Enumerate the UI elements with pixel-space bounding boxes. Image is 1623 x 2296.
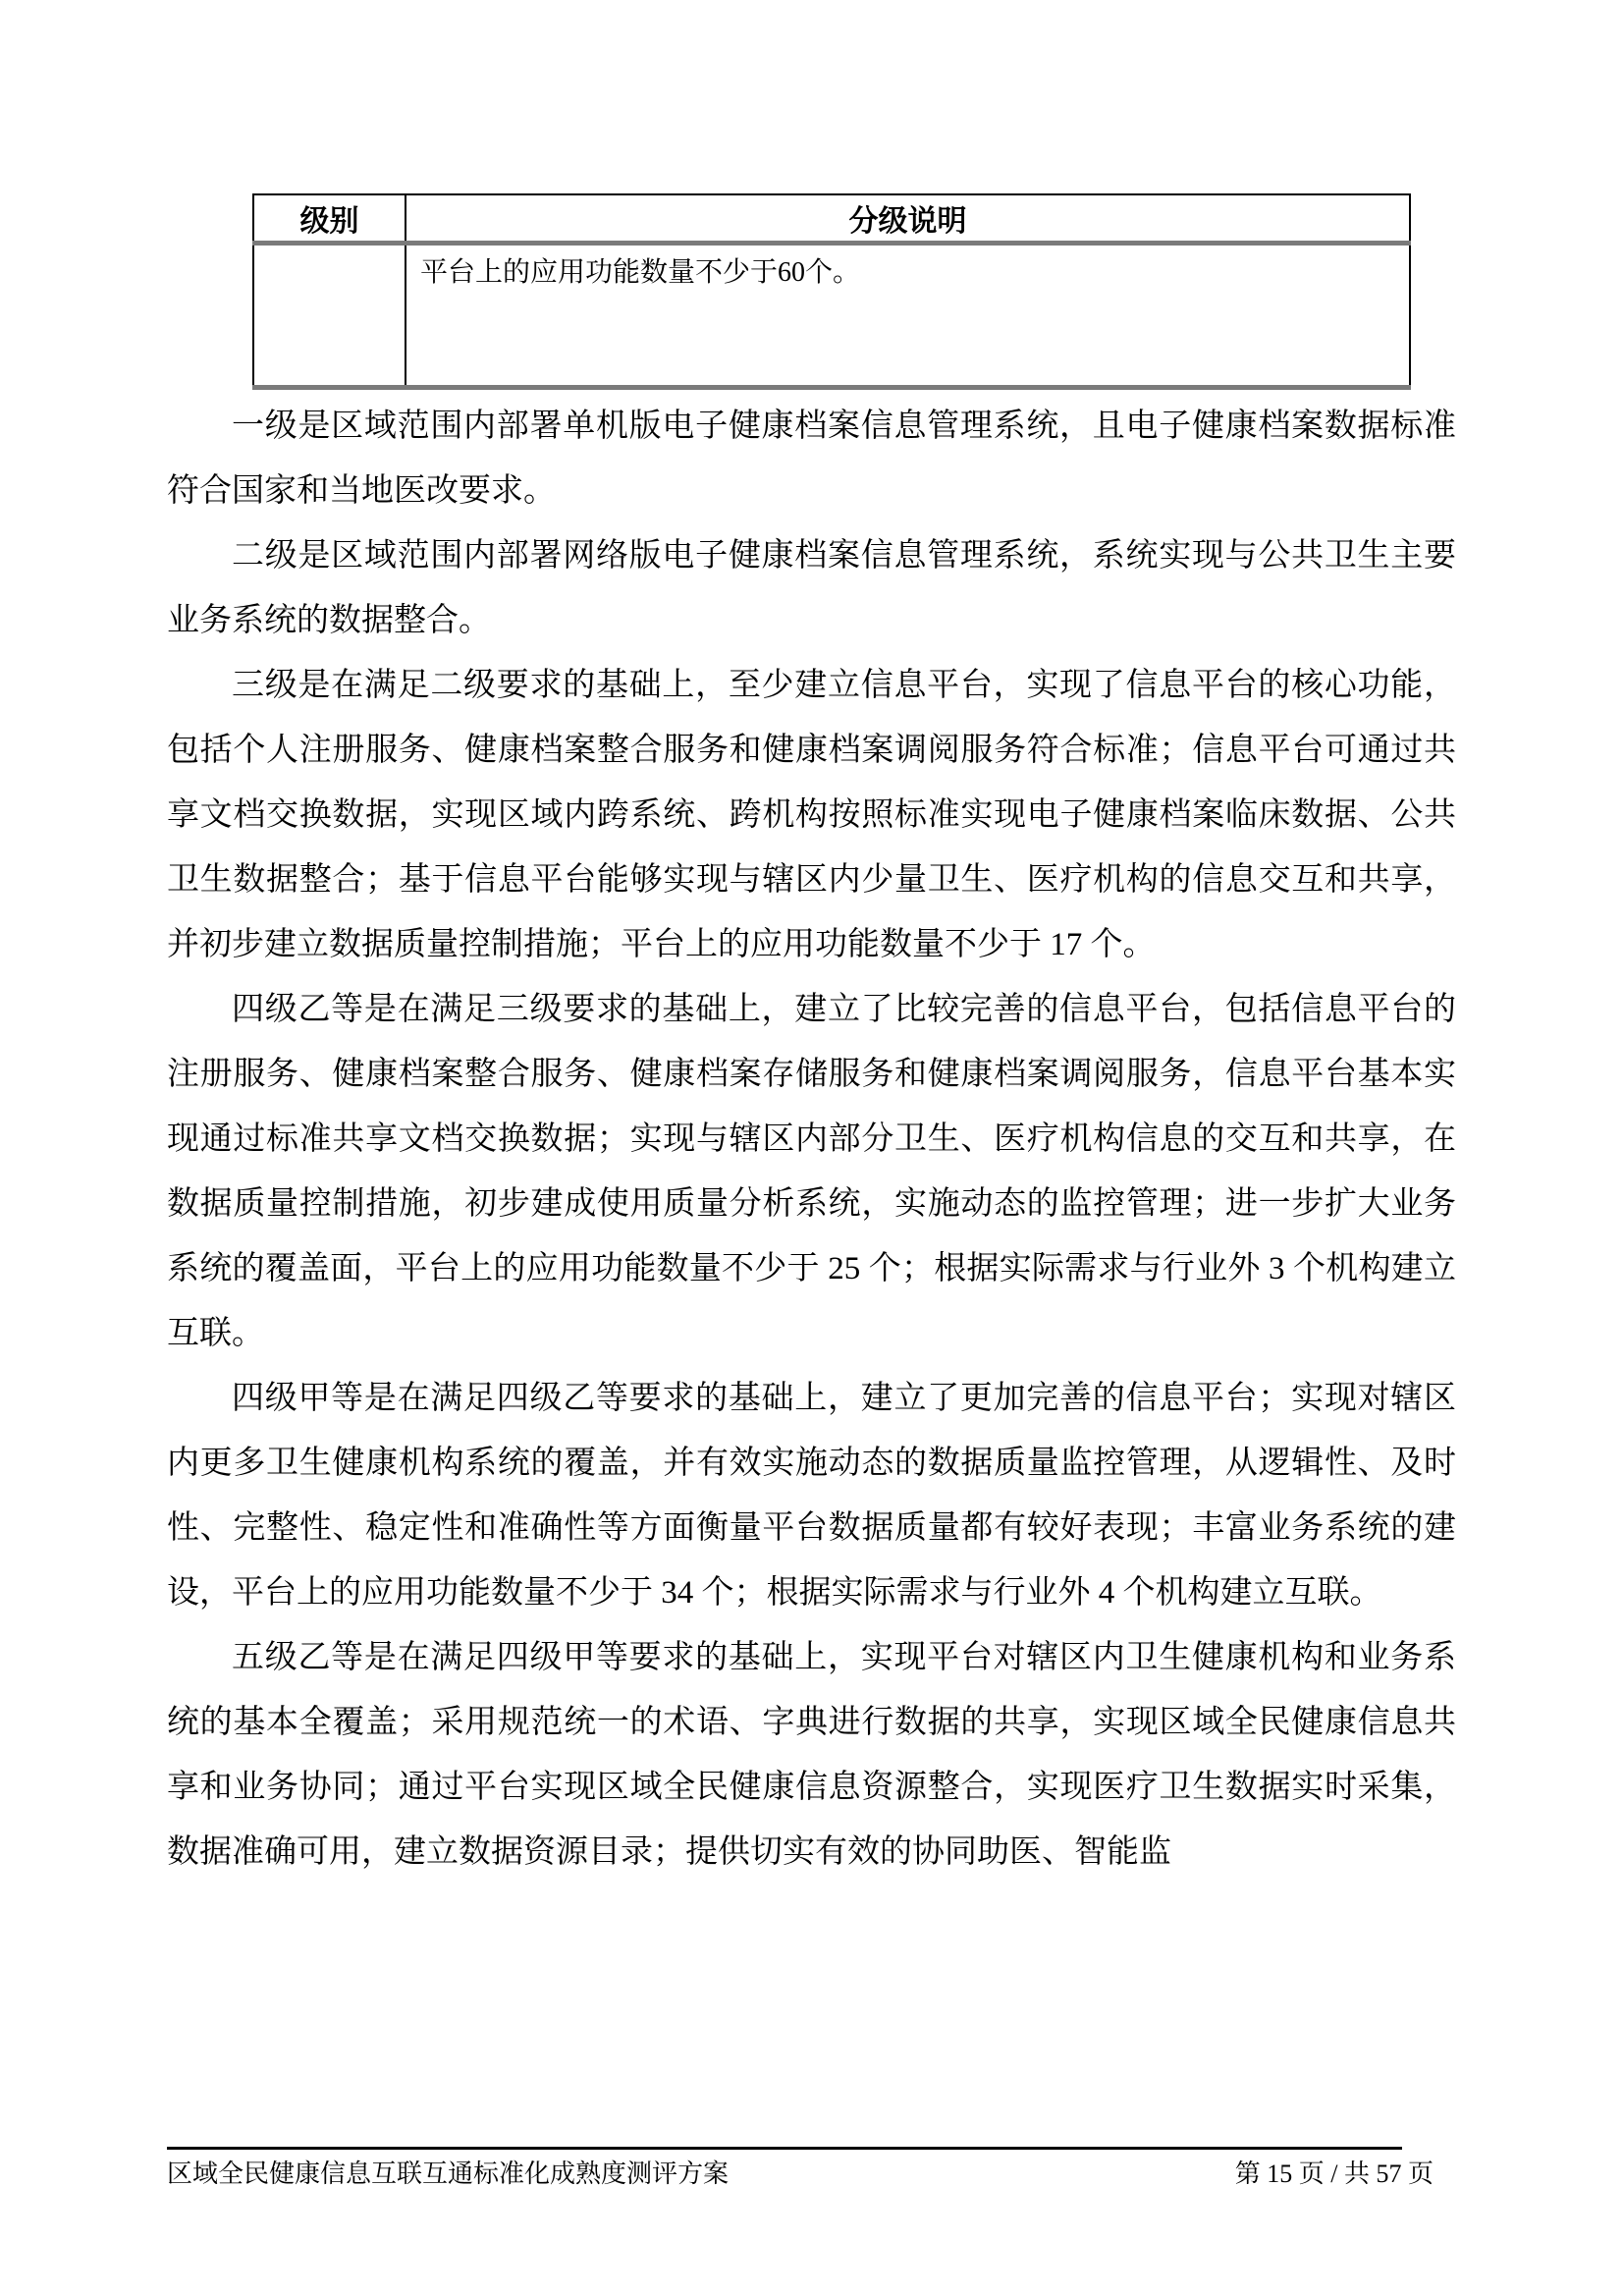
table-header-level: 级别 bbox=[253, 194, 406, 244]
paragraph-level-3: 三级是在满足二级要求的基础上，至少建立信息平台，实现了信息平台的核心功能，包括个… bbox=[167, 653, 1456, 977]
page-footer: 区域全民健康信息互联互通标准化成熟度测评方案 第 15 页 / 共 57 页 bbox=[167, 2147, 1434, 2189]
paragraph-level-1: 一级是区域范围内部署单机版电子健康档案信息管理系统，且电子健康档案数据标准符合国… bbox=[167, 394, 1456, 523]
table-cell-description: 平台上的应用功能数量不少于60个。 bbox=[406, 244, 1410, 388]
paragraph-level-4b: 四级乙等是在满足三级要求的基础上，建立了比较完善的信息平台，包括信息平台的注册服… bbox=[167, 977, 1456, 1366]
table-header-description: 分级说明 bbox=[406, 194, 1410, 244]
paragraph-level-5b: 五级乙等是在满足四级甲等要求的基础上，实现平台对辖区内卫生健康机构和业务系统的基… bbox=[167, 1625, 1456, 1885]
table-header-row: 级别 分级说明 bbox=[253, 194, 1410, 244]
table-cell-level bbox=[253, 244, 406, 388]
document-page: 级别 分级说明 平台上的应用功能数量不少于60个。 一级是区域范围内部署单机版电… bbox=[0, 0, 1623, 2296]
grading-table: 级别 分级说明 平台上的应用功能数量不少于60个。 bbox=[252, 193, 1411, 390]
footer-page-number: 第 15 页 / 共 57 页 bbox=[1235, 2159, 1434, 2189]
table-row: 平台上的应用功能数量不少于60个。 bbox=[253, 244, 1410, 388]
footer-document-title: 区域全民健康信息互联互通标准化成熟度测评方案 bbox=[167, 2159, 729, 2189]
footer-text-row: 区域全民健康信息互联互通标准化成熟度测评方案 第 15 页 / 共 57 页 bbox=[167, 2150, 1434, 2189]
paragraph-level-2: 二级是区域范围内部署网络版电子健康档案信息管理系统，系统实现与公共卫生主要业务系… bbox=[167, 523, 1456, 653]
paragraph-level-4a: 四级甲等是在满足四级乙等要求的基础上，建立了更加完善的信息平台；实现对辖区内更多… bbox=[167, 1366, 1456, 1625]
body-text: 一级是区域范围内部署单机版电子健康档案信息管理系统，且电子健康档案数据标准符合国… bbox=[167, 394, 1456, 1885]
